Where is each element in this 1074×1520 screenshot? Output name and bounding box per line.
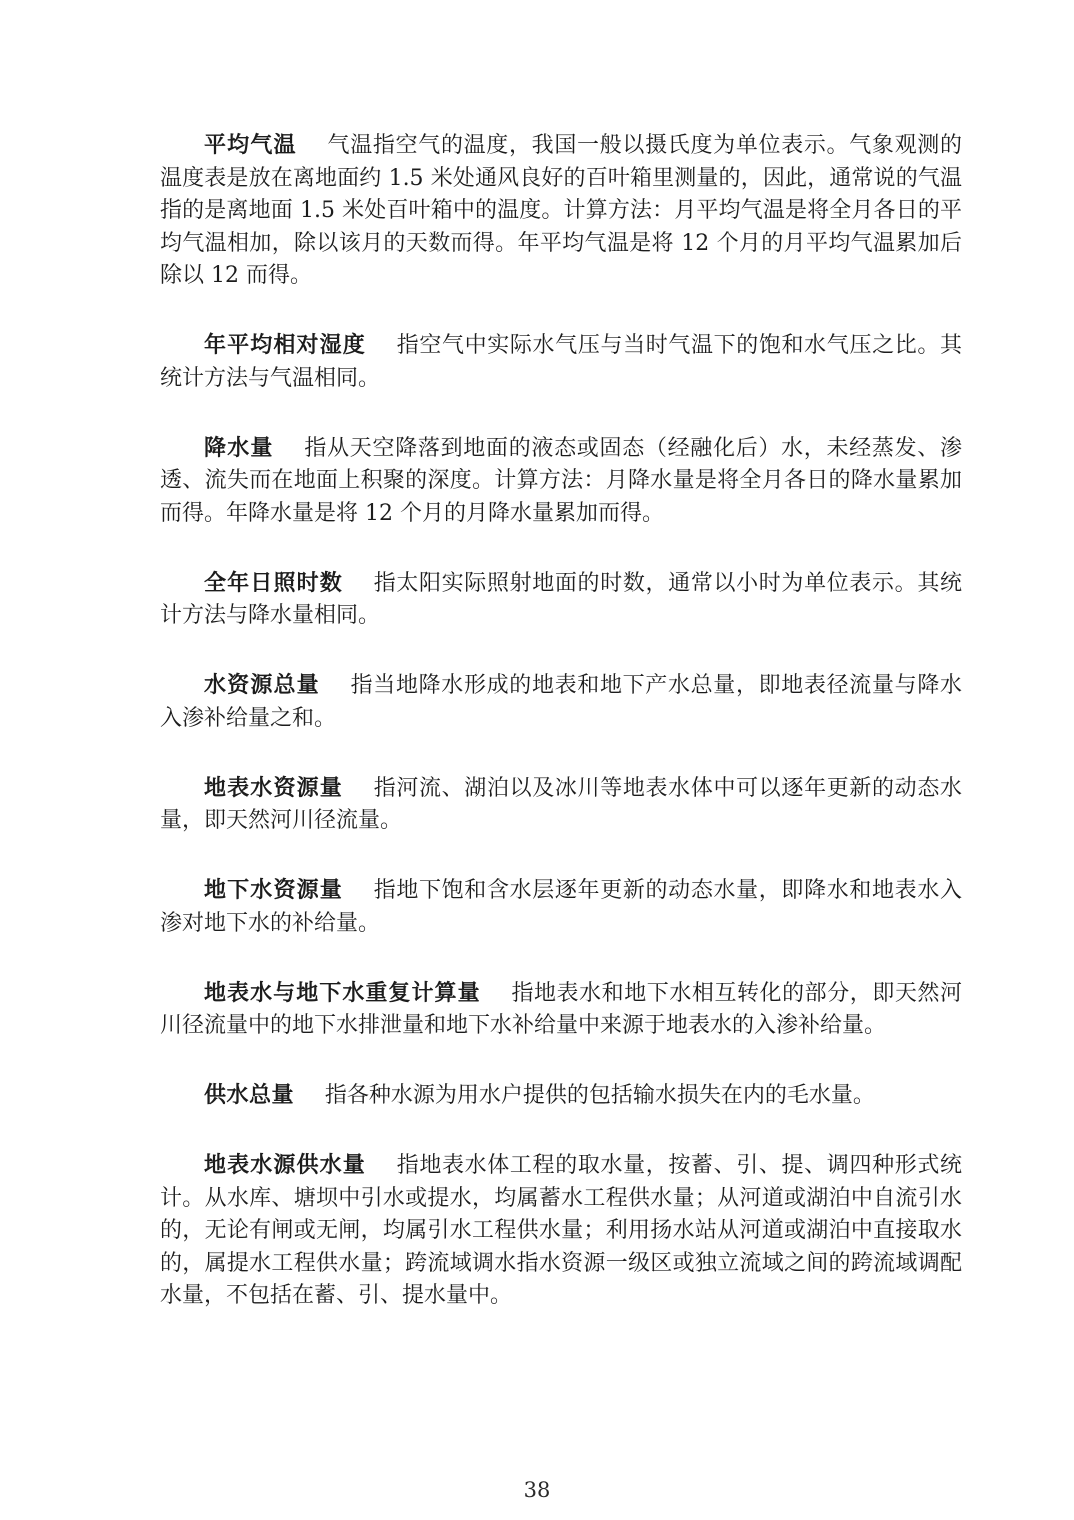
term-label: 年平均相对湿度: [204, 333, 366, 358]
document-page: 平均气温气温指空气的温度，我国一般以摄氏度为单位表示。气象观测的温度表是放在离地…: [0, 0, 1074, 1520]
definitions-section: 平均气温气温指空气的温度，我国一般以摄氏度为单位表示。气象观测的温度表是放在离地…: [160, 130, 962, 1313]
definition-paragraph: 平均气温气温指空气的温度，我国一般以摄氏度为单位表示。气象观测的温度表是放在离地…: [160, 130, 962, 293]
term-label: 供水总量: [204, 1083, 294, 1108]
definition-text: 指从天空降落到地面的液态或固态（经融化后）水，未经蒸发、渗透、流失而在地面上积聚…: [160, 436, 962, 526]
definition-paragraph: 全年日照时数指太阳实际照射地面的时数，通常以小时为单位表示。其统计方法与降水量相…: [160, 568, 962, 633]
term-label: 地表水资源量: [204, 776, 343, 801]
definition-paragraph: 供水总量指各种水源为用水户提供的包括输水损失在内的毛水量。: [160, 1080, 962, 1113]
definition-paragraph: 水资源总量指当地降水形成的地表和地下产水总量，即地表径流量与降水入渗补给量之和。: [160, 670, 962, 735]
definition-paragraph: 地表水与地下水重复计算量指地表水和地下水相互转化的部分，即天然河川径流量中的地下…: [160, 978, 962, 1043]
term-label: 地下水资源量: [204, 878, 343, 903]
definition-paragraph: 年平均相对湿度指空气中实际水气压与当时气温下的饱和水气压之比。其统计方法与气温相…: [160, 330, 962, 395]
page-number: 38: [0, 1478, 1074, 1502]
term-label: 降水量: [204, 436, 274, 461]
term-label: 地表水与地下水重复计算量: [204, 981, 481, 1006]
term-label: 平均气温: [204, 133, 297, 158]
definition-paragraph: 降水量指从天空降落到地面的液态或固态（经融化后）水，未经蒸发、渗透、流失而在地面…: [160, 433, 962, 531]
definition-paragraph: 地表水源供水量指地表水体工程的取水量，按蓄、引、提、调四种形式统计。从水库、塘坝…: [160, 1150, 962, 1313]
term-label: 水资源总量: [204, 673, 320, 698]
definition-text: 指各种水源为用水户提供的包括输水损失在内的毛水量。: [325, 1083, 875, 1108]
definition-paragraph: 地下水资源量指地下饱和含水层逐年更新的动态水量，即降水和地表水入渗对地下水的补给…: [160, 875, 962, 940]
definition-paragraph: 地表水资源量指河流、湖泊以及冰川等地表水体中可以逐年更新的动态水量，即天然河川径…: [160, 773, 962, 838]
term-label: 全年日照时数: [204, 571, 343, 596]
term-label: 地表水源供水量: [204, 1153, 366, 1178]
